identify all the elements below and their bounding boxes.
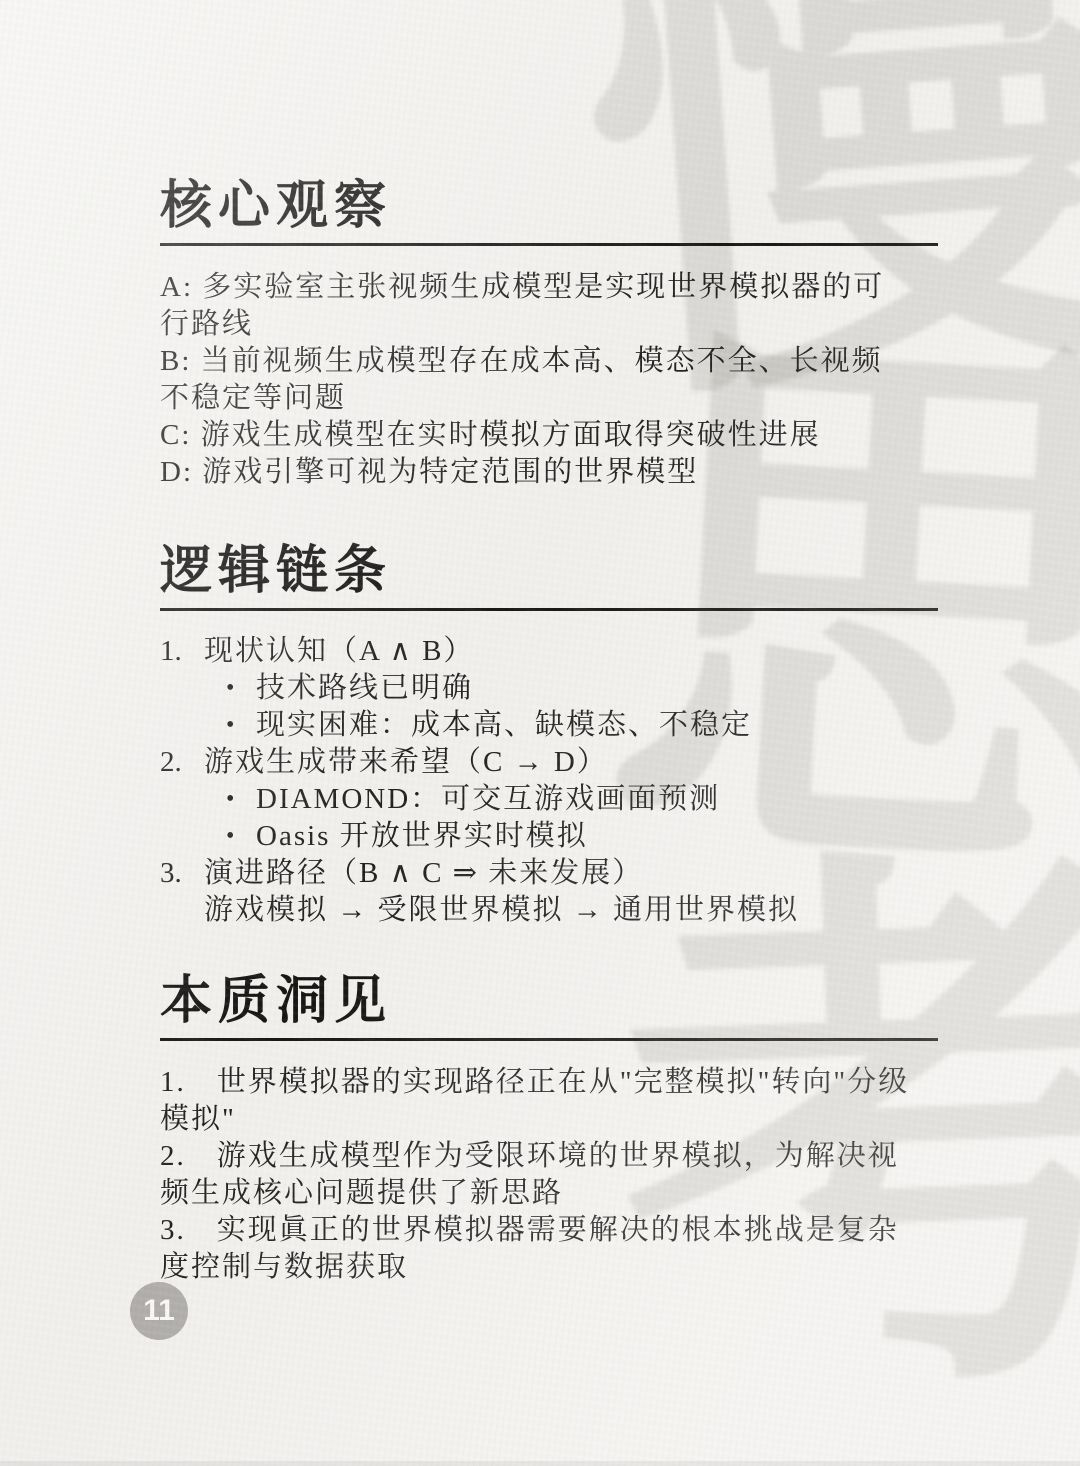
bullet-text: 现实困难：成本高、缺模态、不稳定 bbox=[256, 707, 752, 744]
bullet-icon: • bbox=[226, 670, 256, 707]
logic-item-2-bullet-1: • DIAMOND：可交互游戏画面预测 bbox=[226, 781, 920, 818]
page-content: 核心观察 A: 多实验室主张视频生成模型是实现世界模拟器的可行路线 B: 当前视… bbox=[160, 0, 938, 1286]
bullet-text: Oasis 开放世界实时模拟 bbox=[256, 818, 588, 855]
section-core-observations: 核心观察 A: 多实验室主张视频生成模型是实现世界模拟器的可行路线 B: 当前视… bbox=[160, 178, 938, 491]
page-number-badge: 11 bbox=[130, 1282, 188, 1340]
page-bottom-edge bbox=[0, 1461, 1080, 1466]
section-divider bbox=[160, 243, 938, 246]
core-observations-list: A: 多实验室主张视频生成模型是实现世界模拟器的可行路线 B: 当前视频生成模型… bbox=[160, 269, 912, 491]
bullet-text: 技术路线已明确 bbox=[256, 670, 473, 707]
insight-2: 2. 游戏生成模型作为受限环境的世界模拟，为解决视频生成核心问题提供了新思路 bbox=[160, 1138, 912, 1212]
insight-1: 1. 世界模拟器的实现路径正在从"完整模拟"转向"分级模拟" bbox=[160, 1064, 912, 1138]
logic-item-3-continuation: 游戏模拟 → 受限世界模拟 → 通用世界模拟 bbox=[204, 892, 920, 929]
observation-a: A: 多实验室主张视频生成模型是实现世界模拟器的可行路线 bbox=[160, 269, 912, 343]
bullet-icon: • bbox=[226, 707, 256, 744]
observation-d: D: 游戏引擎可视为特定范围的世界模型 bbox=[160, 454, 912, 491]
section-title-essential-insights: 本质洞见 bbox=[160, 973, 938, 1031]
insight-3: 3. 实现眞正的世界模拟器需要解决的根本挑战是复杂度控制与数据获取 bbox=[160, 1212, 912, 1286]
logic-item-3: 3. 演进路径（B ∧ C ⇒ 未来发展） bbox=[160, 855, 920, 892]
section-title-core-observations: 核心观察 bbox=[160, 178, 938, 236]
section-logic-chain: 逻辑链条 1. 现状认知（A ∧ B） • 技术路线已明确 • 现实困难：成本高… bbox=[160, 543, 938, 929]
item-text: 演进路径（B ∧ C ⇒ 未来发展） bbox=[204, 855, 920, 892]
logic-item-1: 1. 现状认知（A ∧ B） bbox=[160, 633, 920, 670]
section-essential-insights: 本质洞见 1. 世界模拟器的实现路径正在从"完整模拟"转向"分级模拟" 2. 游… bbox=[160, 973, 938, 1286]
logic-item-1-bullet-2: • 现实困难：成本高、缺模态、不稳定 bbox=[226, 707, 920, 744]
logic-item-1-bullet-1: • 技术路线已明确 bbox=[226, 670, 920, 707]
item-number: 3. bbox=[160, 855, 204, 892]
item-number: 1. bbox=[160, 633, 204, 670]
item-number: 2. bbox=[160, 744, 204, 781]
logic-item-2: 2. 游戏生成带来希望（C → D） bbox=[160, 744, 920, 781]
page-number: 11 bbox=[143, 1294, 175, 1328]
item-text: 现状认知（A ∧ B） bbox=[204, 633, 920, 670]
bullet-icon: • bbox=[226, 781, 256, 818]
section-divider bbox=[160, 1038, 938, 1041]
bullet-text: DIAMOND：可交互游戏画面预测 bbox=[256, 781, 720, 818]
logic-item-2-bullet-2: • Oasis 开放世界实时模拟 bbox=[226, 818, 920, 855]
section-divider bbox=[160, 608, 938, 611]
document-page: 慢 思 考 核心观察 A: 多实验室主张视频生成模型是实现世界模拟器的可行路线 … bbox=[0, 0, 1080, 1466]
section-title-logic-chain: 逻辑链条 bbox=[160, 543, 938, 601]
logic-chain-list: 1. 现状认知（A ∧ B） • 技术路线已明确 • 现实困难：成本高、缺模态、… bbox=[160, 633, 920, 929]
observation-c: C: 游戏生成模型在实时模拟方面取得突破性进展 bbox=[160, 417, 912, 454]
essential-insights-list: 1. 世界模拟器的实现路径正在从"完整模拟"转向"分级模拟" 2. 游戏生成模型… bbox=[160, 1064, 912, 1286]
bullet-icon: • bbox=[226, 818, 256, 855]
observation-b: B: 当前视频生成模型存在成本高、模态不全、长视频不稳定等问题 bbox=[160, 343, 912, 417]
item-text: 游戏生成带来希望（C → D） bbox=[204, 744, 920, 781]
